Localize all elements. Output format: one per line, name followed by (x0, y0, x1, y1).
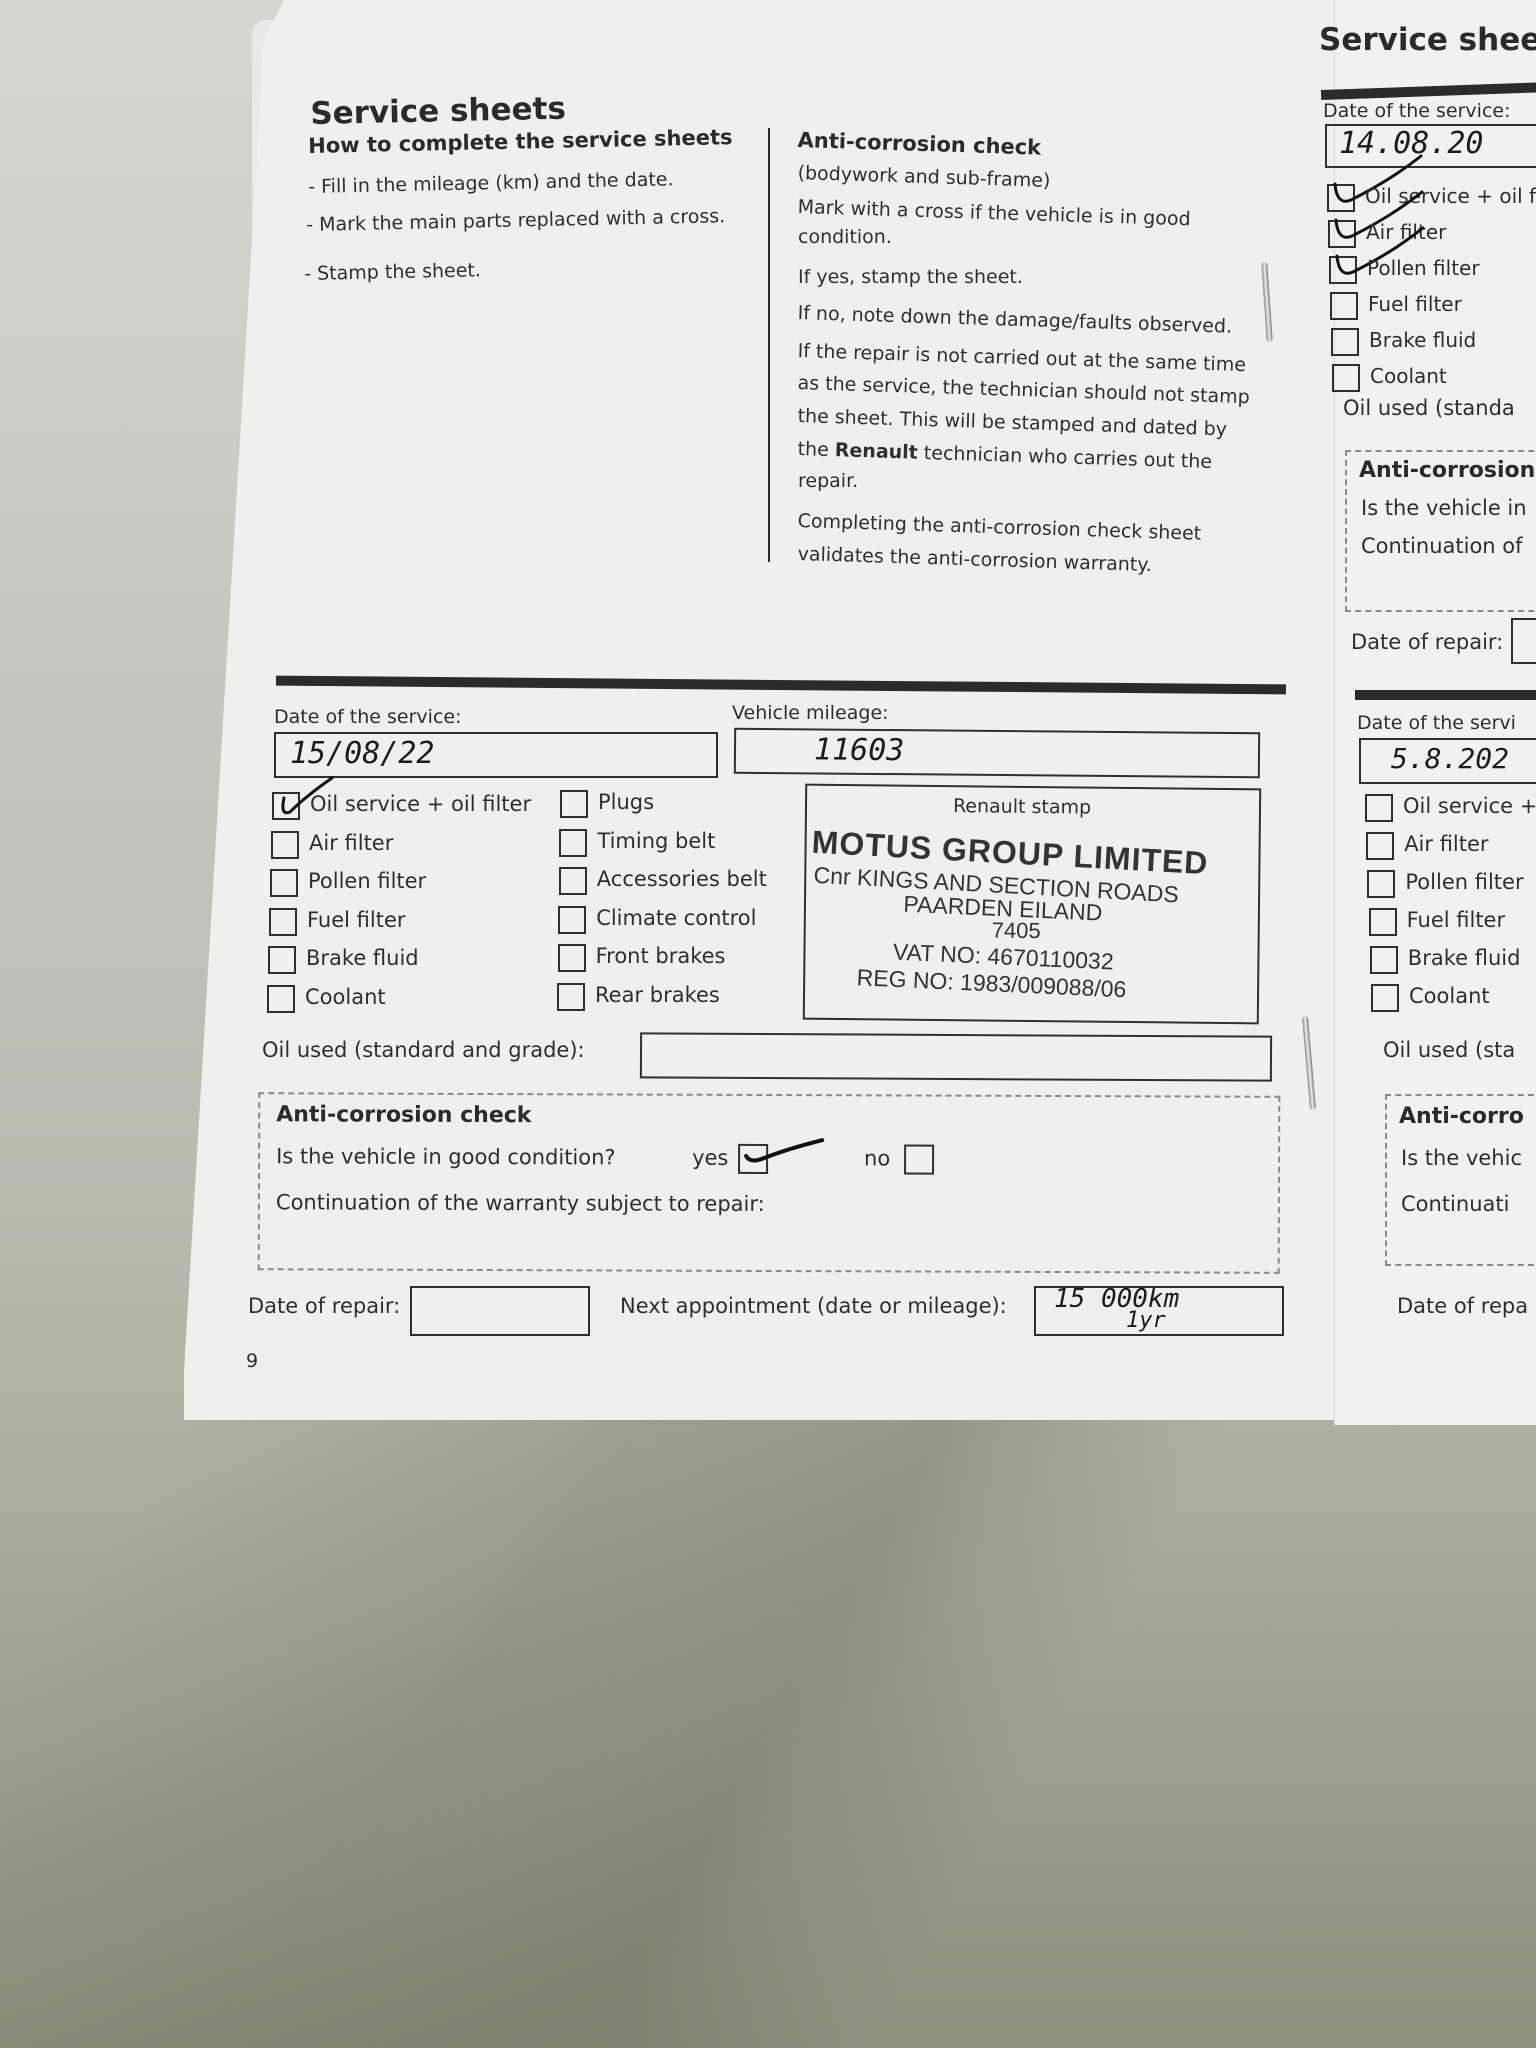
next-appointment-value-line2: 1yr (1126, 1308, 1166, 1333)
part-label: Fuel filter (1407, 908, 1506, 932)
no-label: no (864, 1146, 890, 1170)
part-checkbox[interactable] (1365, 794, 1393, 822)
part-checkbox[interactable] (559, 867, 587, 895)
next-appointment-field[interactable]: 15 000km 1yr (1034, 1286, 1284, 1336)
background-shadow (0, 1420, 1536, 2048)
section-bar (276, 676, 1286, 695)
renault-stamp-box: Renault stamp MOTUS GROUP LIMITED Cnr KI… (803, 784, 1261, 1025)
anti-corrosion-info-text: If the repair is not carried out at the … (797, 340, 1246, 376)
anti-corrosion-check-box: Anti-corrosion check Is the vehicle in g… (258, 1092, 1281, 1274)
next-appointment-label: Next appointment (date or mileage): (620, 1294, 1007, 1318)
right-sheet2-oil-label: Oil used (sta (1383, 1038, 1515, 1062)
yes-label: yes (692, 1146, 728, 1170)
right-page-title: Service sheet (1319, 22, 1536, 58)
part-checkbox[interactable] (558, 944, 586, 972)
brand-name: Renault (835, 439, 919, 464)
page-title: Service sheets (310, 91, 566, 132)
part-label: Coolant (1409, 984, 1490, 1008)
part-checkbox[interactable] (271, 831, 299, 859)
part-label: Timing belt (597, 829, 715, 853)
right-sheet1-date-field[interactable]: 14.08.20 (1325, 124, 1536, 168)
part-checkbox[interactable] (559, 829, 587, 857)
part-checkbox[interactable] (1366, 832, 1394, 860)
part-label: Coolant (1370, 364, 1447, 388)
part-checkbox[interactable] (270, 869, 298, 897)
part-label: Front brakes (596, 944, 726, 968)
right-sheet2-date-label: Date of the servi (1357, 712, 1516, 734)
right-sheet1-ac-continuation: Continuation of (1361, 534, 1523, 558)
anti-corrosion-info-text: condition. (798, 226, 892, 248)
anti-corrosion-info-text: If yes, stamp the sheet. (798, 266, 1023, 288)
part-label: Oil service + oil filter (310, 792, 531, 816)
right-sheet1-date-value: 14.08.20 (1339, 126, 1484, 161)
part-label: Oil service + oil f (1365, 184, 1536, 208)
part-label: Brake fluid (1369, 328, 1476, 352)
anti-corrosion-info-subheading: (bodywork and sub-frame) (797, 162, 1050, 192)
right-sheet2-date-value: 5.8.202 (1391, 742, 1509, 775)
right-sheet1-ac-heading: Anti-corrosion (1359, 458, 1535, 483)
part-label: Air filter (1404, 832, 1488, 856)
anti-corrosion-info-text: the Renault technician who carries out t… (797, 438, 1212, 473)
right-sheet1-repair-label: Date of repair: (1351, 630, 1503, 654)
instruction-item: - Fill in the mileage (km) and the date. (308, 168, 674, 198)
part-label: Oil service + (1403, 794, 1536, 818)
no-checkbox[interactable] (904, 1144, 934, 1174)
part-checkbox[interactable] (557, 983, 585, 1011)
mileage-value: 11603 (814, 732, 905, 768)
right-sheet2-ac-continuation: Continuati (1401, 1192, 1509, 1216)
part-checkbox[interactable] (1328, 220, 1356, 248)
right-sheet1-repair-field[interactable] (1511, 618, 1536, 664)
anti-corrosion-info-text: Completing the anti-corrosion check shee… (797, 510, 1201, 545)
part-checkbox[interactable] (1371, 984, 1399, 1012)
part-label: Plugs (598, 790, 654, 814)
anti-corrosion-info-text: as the service, the technician should no… (797, 372, 1250, 408)
right-sheet1-date-label: Date of the service: (1323, 100, 1511, 122)
date-field[interactable]: 15/08/22 (274, 732, 718, 778)
date-label: Date of the service: (274, 706, 462, 728)
anti-corrosion-info-text: repair. (798, 470, 858, 492)
right-page: Service sheet Date of the service: 14.08… (1334, 0, 1536, 1425)
repair-date-field[interactable] (410, 1286, 590, 1336)
oil-label: Oil used (standard and grade): (262, 1038, 585, 1062)
left-page: Service sheets How to complete the servi… (184, 0, 1334, 1420)
text-the: the (797, 438, 829, 461)
repair-date-label: Date of repair: (248, 1294, 400, 1318)
anti-corrosion-info-text: validates the anti-corrosion warranty. (797, 543, 1152, 576)
part-label: Brake fluid (306, 946, 419, 970)
part-label: Coolant (305, 985, 386, 1009)
check-mark-icon (744, 1138, 834, 1178)
right-sheet2-ac-question: Is the vehic (1401, 1146, 1522, 1170)
part-checkbox[interactable] (1330, 292, 1358, 320)
mileage-label: Vehicle mileage: (732, 702, 889, 724)
warranty-continuation-label: Continuation of the warranty subject to … (276, 1190, 765, 1216)
part-label: Climate control (596, 906, 756, 930)
part-checkbox[interactable] (272, 792, 300, 820)
part-checkbox[interactable] (1331, 328, 1359, 356)
part-checkbox[interactable] (1370, 946, 1398, 974)
part-checkbox[interactable] (1367, 870, 1395, 898)
part-checkbox[interactable] (267, 985, 295, 1013)
right-sheet1-oil-label: Oil used (standa (1343, 396, 1515, 420)
part-label: Fuel filter (307, 908, 406, 932)
stamp-label: Renault stamp (953, 795, 1091, 818)
right-sheet1-ac-question: Is the vehicle in (1361, 496, 1527, 520)
part-label: Pollen filter (1405, 870, 1523, 894)
part-checkbox[interactable] (1332, 364, 1360, 392)
column-divider (768, 128, 770, 562)
part-label: Fuel filter (1368, 292, 1462, 316)
part-checkbox[interactable] (268, 946, 296, 974)
yes-checkbox[interactable] (738, 1144, 768, 1174)
section-bar (1321, 82, 1536, 100)
part-label: Pollen filter (1367, 256, 1480, 280)
right-sheet2-anti-corrosion-box: Anti-corro Is the vehic Continuati (1385, 1094, 1536, 1266)
right-sheet2-date-field[interactable]: 5.8.202 (1359, 738, 1536, 784)
instruction-item: - Mark the main parts replaced with a cr… (306, 205, 725, 236)
part-checkbox[interactable] (1327, 184, 1355, 212)
part-checkbox[interactable] (1369, 908, 1397, 936)
oil-field[interactable] (640, 1032, 1272, 1081)
right-sheet1-anti-corrosion-box: Anti-corrosion Is the vehicle in Continu… (1345, 450, 1536, 612)
part-checkbox[interactable] (1329, 256, 1357, 284)
part-checkbox[interactable] (269, 908, 297, 936)
page-number: 9 (246, 1350, 258, 1372)
section-bar (1355, 690, 1536, 700)
part-label: Accessories belt (597, 867, 767, 891)
instruction-item: - Stamp the sheet. (304, 259, 481, 285)
text-rest: technician who carries out the (924, 442, 1213, 473)
date-value: 15/08/22 (290, 736, 435, 771)
part-label: Pollen filter (308, 869, 426, 893)
part-checkbox[interactable] (560, 790, 588, 818)
stamp-postcode: 7405 (992, 918, 1041, 945)
condition-question: Is the vehicle in good condition? (276, 1144, 616, 1169)
part-label: Brake fluid (1408, 946, 1521, 970)
anti-corrosion-heading: Anti-corrosion check (276, 1102, 531, 1128)
right-sheet2-ac-heading: Anti-corro (1399, 1104, 1524, 1129)
part-label: Rear brakes (595, 983, 720, 1007)
anti-corrosion-info-heading: Anti-corrosion check (797, 128, 1041, 160)
anti-corrosion-info-text: If no, note down the damage/faults obser… (797, 302, 1232, 338)
anti-corrosion-info-text: the sheet. This will be stamped and date… (797, 405, 1227, 440)
right-sheet2-repair-label: Date of repa (1397, 1294, 1528, 1318)
mileage-field[interactable]: 11603 (734, 728, 1260, 779)
part-checkbox[interactable] (558, 906, 586, 934)
part-label: Air filter (309, 831, 393, 855)
